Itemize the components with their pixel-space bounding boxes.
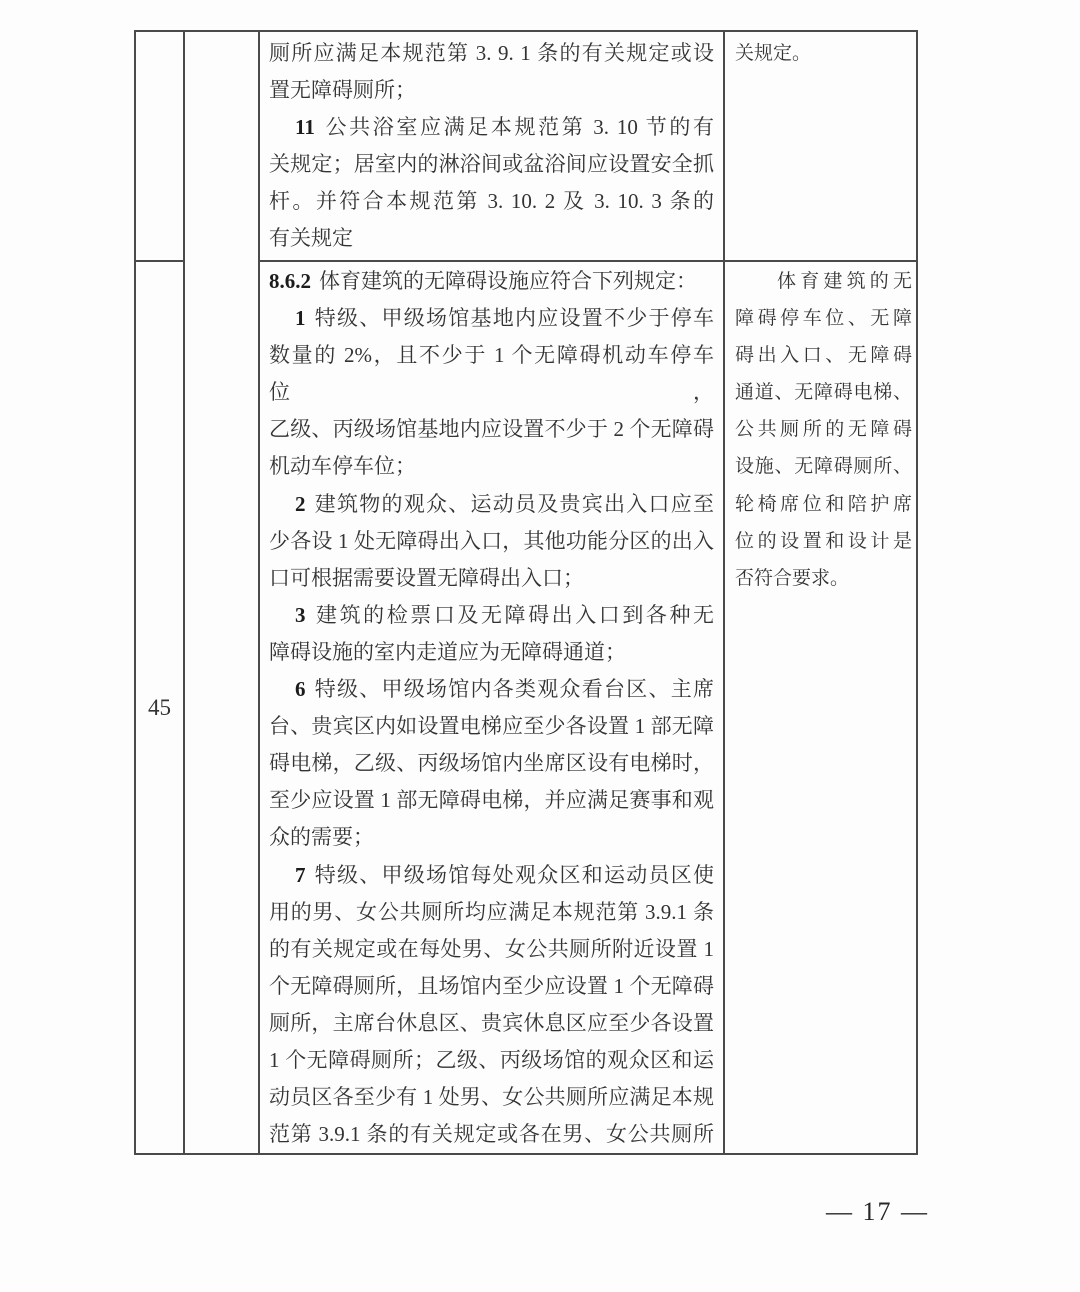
regulation-table: 厕所应满足本规范第 3. 9. 1 条的有关规定或设置无障碍厕所；11公共浴室应… [134,30,918,1155]
text-line: 位的设置和设计是 [735,523,912,560]
text-line: 口可根据需要设置无障碍出入口； [269,560,714,597]
text-line: 厕所，主席台休息区、贵宾休息区应至少各设置 [269,1005,714,1042]
text-line: 厕所应满足本规范第 3. 9. 1 条的有关规定或设 [269,35,714,72]
text-line: 碍电梯，乙级、丙级场馆内坐席区设有电梯时， [269,745,714,782]
text-line: 乙级、丙级场馆基地内应设置不少于 2 个无障碍 [269,411,714,448]
text-line: 1特级、甲级场馆基地内应设置不少于停车 [269,300,714,337]
text-line: 设施、无障碍厕所、 [735,448,912,485]
text-line: 11公共浴室应满足本规范第 3. 10 节的有 [269,109,714,146]
text-line: 6特级、甲级场馆内各类观众看台区、主席 [269,671,714,708]
text-line: 3建筑的检票口及无障碍出入口到各种无 [269,597,714,634]
text-line: 范第 3.9.1 条的有关规定或各在男、女公共厕所 [269,1116,714,1153]
cell-prev-item-provisions: 厕所应满足本规范第 3. 9. 1 条的有关规定或设置无障碍厕所；11公共浴室应… [260,32,723,260]
text-line: 关规定；居室内的淋浴间或盆浴间应设置安全抓 [269,146,714,183]
document-page: 厕所应满足本规范第 3. 9. 1 条的有关规定或设置无障碍厕所；11公共浴室应… [0,0,1080,1292]
text-line: 个无障碍厕所，且场馆内至少应设置 1 个无障碍 [269,968,714,1005]
text-line: 7特级、甲级场馆每处观众区和运动员区使 [269,857,714,894]
text-line: 轮椅席位和陪护席 [735,486,912,523]
item-number: 7 [295,863,306,887]
text-line: 少各设 1 处无障碍出入口，其他功能分区的出入 [269,523,714,560]
text-line: 用的男、女公共厕所均应满足本规范第 3.9.1 条 [269,894,714,931]
text-line: 的有关规定或在每处男、女公共厕所附近设置 1 [269,931,714,968]
text-line: 2建筑物的观众、运动员及贵宾出入口应至 [269,486,714,523]
text-line: 公共厕所的无障碍 [735,411,912,448]
row-number: 45 [148,689,171,726]
text-line: 体育建筑的无 [735,263,912,300]
text-line: 动员区各至少有 1 处男、女公共厕所应满足本规 [269,1079,714,1116]
cell-prev-item-review-note: 关规定。 [725,32,916,260]
text-line: 否符合要求。 [735,560,912,597]
text-line: 通道、无障碍电梯、 [735,374,912,411]
text-line: 杆。并符合本规范第 3. 10. 2 及 3. 10. 3 条的 [269,183,714,220]
text-line: 机动车停车位； [269,448,714,485]
item-number: 3 [295,603,306,627]
text-line: 障碍停车位、无障 [735,300,912,337]
page-number: — 17 — [826,1197,929,1227]
item-number: 6 [295,677,306,701]
text-line: 1 个无障碍厕所；乙级、丙级场馆的观众区和运 [269,1042,714,1079]
item-number: 11 [295,115,315,139]
cell-row-number: 45 [136,262,183,1153]
text-line: 众的需要； [269,819,714,856]
column-divider-1 [183,32,185,1153]
cell-item-862-review-note: 体育建筑的无障碍停车位、无障碍出入口、无障碍通道、无障碍电梯、公共厕所的无障碍设… [725,262,916,1153]
text-line: 台、贵宾区内如设置电梯应至少各设置 1 部无障 [269,708,714,745]
item-number: 2 [295,492,306,516]
text-line: 关规定。 [735,35,912,72]
text-line: 至少应设置 1 部无障碍电梯，并应满足赛事和观 [269,782,714,819]
text-line: 障碍设施的室内走道应为无障碍通道； [269,634,714,671]
item-number: 8.6.2 [269,269,311,293]
text-line: 8.6.2体育建筑的无障碍设施应符合下列规定： [269,263,714,300]
item-number: 1 [295,306,306,330]
text-line: 数量的 2%，且不少于 1 个无障碍机动车停车位， [269,337,714,411]
text-line: 有关规定 [269,220,714,257]
text-line: 碍出入口、无障碍 [735,337,912,374]
text-line: 置无障碍厕所； [269,72,714,109]
cell-item-862-provisions: 8.6.2体育建筑的无障碍设施应符合下列规定：1特级、甲级场馆基地内应设置不少于… [260,262,723,1153]
